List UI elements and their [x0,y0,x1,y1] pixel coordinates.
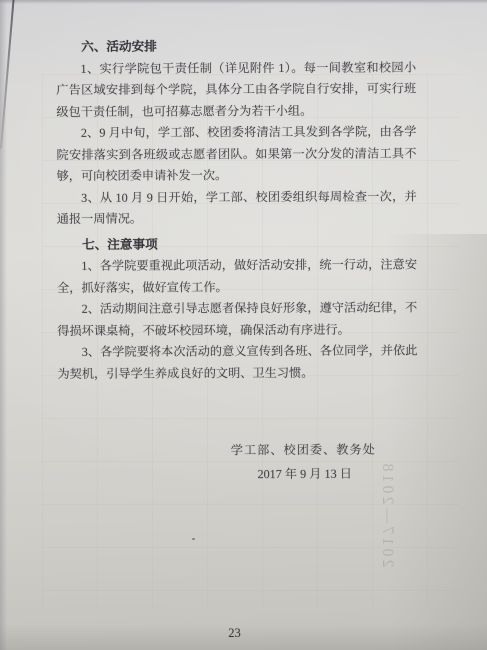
signature-block: 学工部、校团委、教务处 2017 年 9 月 13 日 [58,439,418,486]
document-body: 六、活动安排 1、实行学院包干责任制（详见附件 1）。每一间教室和校园小广告区域… [56,35,418,486]
section-six-heading: 六、活动安排 [56,35,416,58]
section-six-paragraph-3: 3、从 10 月 9 日开始，学工部、校团委组织每周检查一次，并通报一周情况。 [57,186,417,231]
issuing-departments: 学工部、校团委、教务处 [58,439,418,462]
section-six-paragraph-1: 1、实行学院包干责任制（详见附件 1）。每一间教室和校园小广告区域安排到每个学院… [56,57,416,123]
section-seven-paragraph-2: 2、活动期间注意引导志愿者保持良好形象，遵守活动纪律，不得损坏课桌椅，不破坏校园… [57,297,417,342]
paper-photo: 2017—2018 六、活动安排 1、实行学院包干责任制（详见附件 1）。每一间… [0,0,487,650]
section-seven-heading: 七、注意事项 [57,233,417,256]
section-seven-paragraph-3: 3、各学院要将本次活动的意义宣传到各班、各位同学，并依此为契机，引导学生养成良好… [57,340,417,385]
page-number: 23 [0,626,478,641]
section-seven-paragraph-1: 1、各学院要重视此项活动，做好活动安排，统一行动，注意安全，抓好落实，做好宣传工… [57,254,417,299]
ink-speck [192,538,195,540]
issue-date: 2017 年 9 月 13 日 [58,463,418,486]
section-six-paragraph-2: 2、9 月中旬，学工部、校团委将清洁工具发到各学院，由各学院安排落实到各班级或志… [56,121,416,187]
